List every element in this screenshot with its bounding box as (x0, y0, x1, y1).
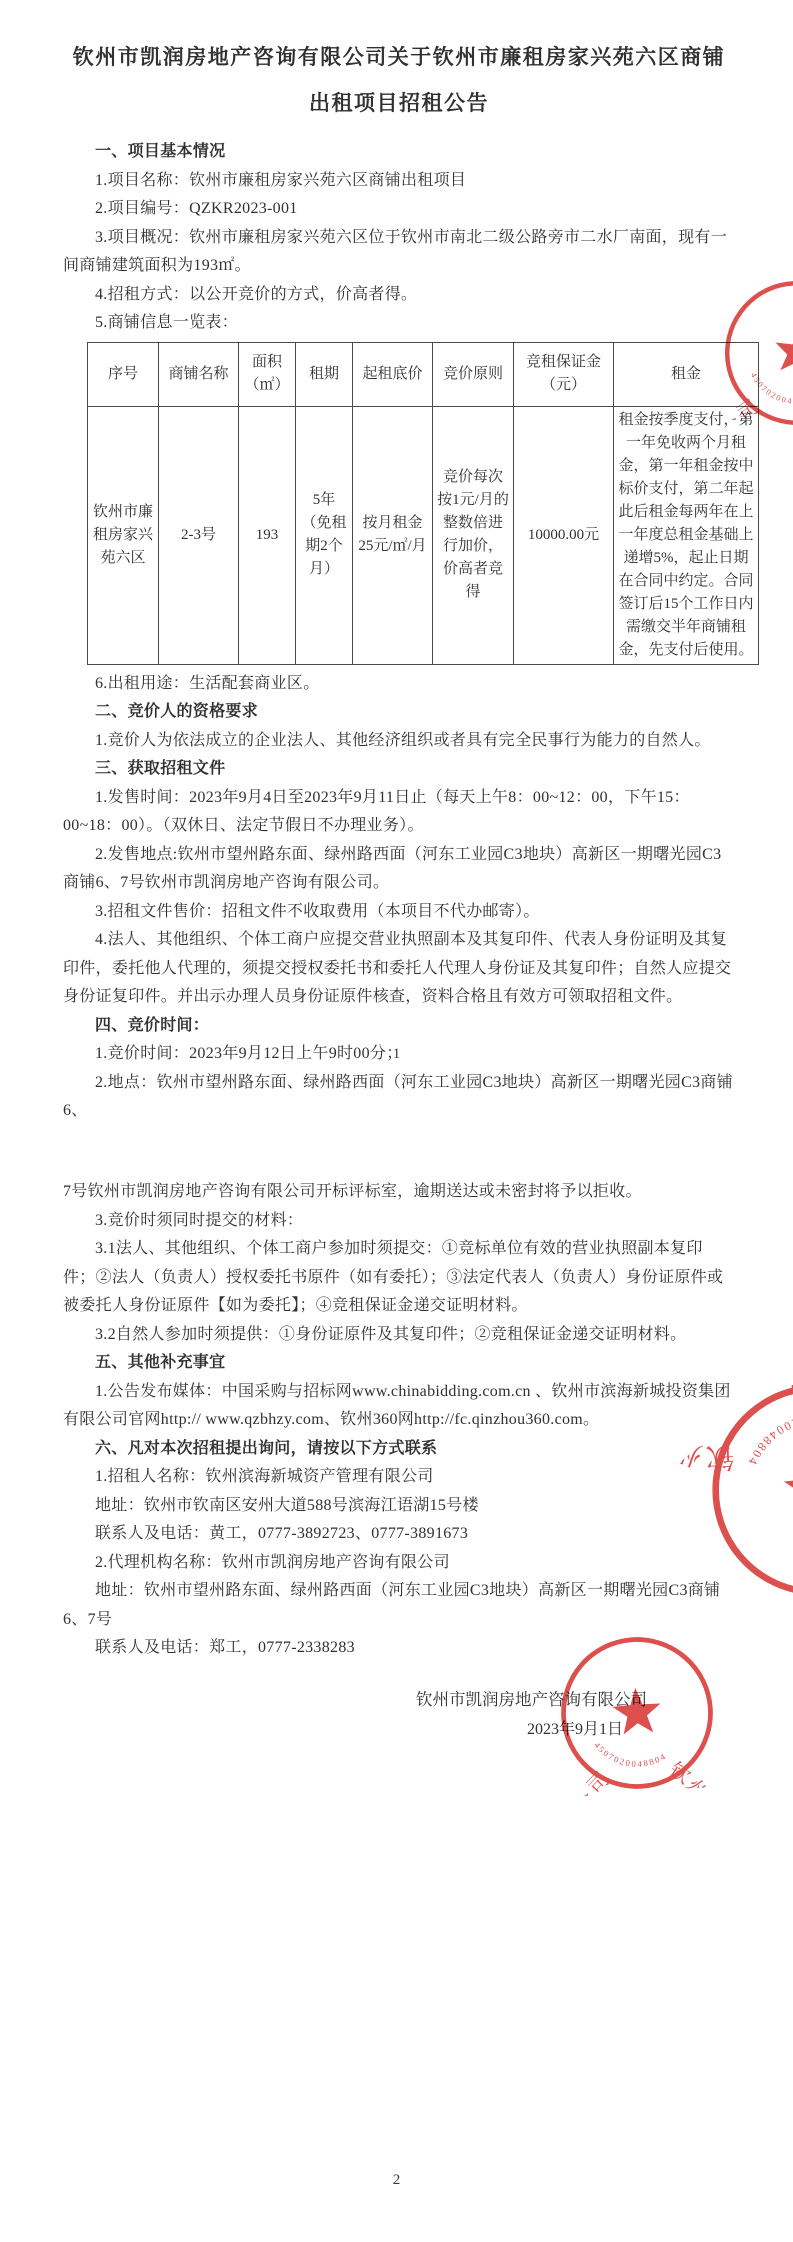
lessor-address: 地址：钦州市钦南区安州大道588号滨海江语湖15号楼 (63, 1492, 735, 1521)
section5-heading: 五、其他补充事宜 (63, 1349, 735, 1378)
page2-number: 2 (0, 2172, 793, 2189)
cell-deposit: 10000.00元 (514, 406, 614, 664)
materials-legal-person: 3.1法人、其他组织、个体工商户参加时须提交：①竞标单位有效的营业执照副本复印件… (63, 1235, 735, 1321)
title-line-2: 出租项目招租公告 (63, 80, 735, 126)
cell-lease-term: 5年（免租期2个月） (296, 406, 353, 664)
sale-location: 2.发售地点:钦州市望州路东面、绿州路西面（河东工业园C3地块）高新区一期曙光园… (63, 841, 735, 898)
lease-usage: 6.出租用途：生活配套商业区。 (63, 670, 735, 699)
col-header-seq: 序号 (88, 342, 159, 406)
col-header-rent: 租金 (614, 342, 759, 406)
document-page: 钦州市凯润房地产咨询有限公司关于钦州市廉租房家兴苑六区商铺 出租项目招租公告 一… (0, 0, 793, 2242)
cell-shop-name: 2-3号 (159, 406, 239, 664)
section3-heading: 三、获取招租文件 (63, 755, 735, 784)
project-overview: 3.项目概况：钦州市廉租房家兴苑六区位于钦州市南北二级公路旁市二水厂南面，现有一… (63, 224, 735, 281)
cell-bid-rule: 竞价每次按1元/月的整数倍进行加价，价高者竞得 (433, 406, 514, 664)
col-header-area: 面积（㎡） (239, 342, 296, 406)
document-price: 3.招租文件售价：招租文件不收取费用（本项目不代办邮寄）。 (63, 898, 735, 927)
section6-heading: 六、凡对本次招租提出询问，请按以下方式联系 (63, 1435, 735, 1464)
seal-ring-text: 钦州市凯润房地产咨询有限公司 (565, 1756, 721, 1798)
section2-heading: 二、竞价人的资格要求 (63, 698, 735, 727)
col-header-base-price: 起租底价 (353, 342, 433, 406)
materials-natural-person: 3.2自然人参加时须提供：①身份证原件及其复印件；②竞租保证金递交证明材料。 (63, 1321, 735, 1350)
table-header-row: 序号 商铺名称 面积（㎡） 租期 起租底价 竞价原则 竞租保证金（元） 租金 (88, 342, 759, 406)
project-name: 1.项目名称：钦州市廉租房家兴苑六区商铺出租项目 (63, 167, 735, 196)
shop-info-table: 序号 商铺名称 面积（㎡） 租期 起租底价 竞价原则 竞租保证金（元） 租金 钦… (87, 342, 759, 665)
title-line-1: 钦州市凯润房地产咨询有限公司关于钦州市廉租房家兴苑六区商铺 (63, 34, 735, 80)
bid-location: 2.地点：钦州市望州路东面、绿州路西面（河东工业园C3地块）高新区一期曙光园C3… (63, 1069, 735, 1126)
cell-rent-terms: 租金按季度支付，第一年免收两个月租金，第一年租金按中标价支付，第二年起此后租金每… (614, 406, 759, 664)
bidder-qualification: 1.竞价人为依法成立的企业法人、其他经济组织或者具有完全民事行为能力的自然人。 (63, 727, 735, 756)
bid-location-continued: 7号钦州市凯润房地产咨询有限公司开标评标室，逾期送达或未密封将予以拒收。 (63, 1178, 735, 1207)
page1-number: 1 (0, 1046, 793, 1063)
materials-heading: 3.竞价时须同时提交的材料： (63, 1207, 735, 1236)
page1-content: 钦州市凯润房地产咨询有限公司关于钦州市廉租房家兴苑六区商铺 出租项目招租公告 一… (0, 34, 793, 1126)
section1-heading: 一、项目基本情况 (63, 138, 735, 167)
col-header-shop-name: 商铺名称 (159, 342, 239, 406)
col-header-bid-rule: 竞价原则 (433, 342, 514, 406)
agency-address: 地址：钦州市望州路东面、绿州路西面（河东工业园C3地块）高新区一期曙光园C3商铺… (63, 1577, 735, 1634)
lease-method: 4.招租方式：以公开竞价的方式，价高者得。 (63, 281, 735, 310)
cell-seq: 钦州市廉租房家兴苑六区 (88, 406, 159, 664)
col-header-lease-term: 租期 (296, 342, 353, 406)
agency-contact: 联系人及电话：郑工，0777-2338283 (63, 1634, 735, 1663)
page2-content: 7号钦州市凯润房地产咨询有限公司开标评标室，逾期送达或未密封将予以拒收。 3.竞… (0, 1178, 793, 1745)
table-row: 钦州市廉租房家兴苑六区 2-3号 193 5年（免租期2个月） 按月租金25元/… (88, 406, 759, 664)
signature-date: 2023年9月1日 (63, 1715, 735, 1745)
signature-company: 钦州市凯润房地产咨询有限公司 (63, 1685, 735, 1715)
signature-block: 钦州市凯润房地产咨询有限公司 2023年9月1日 (63, 1685, 735, 1745)
lessor-name: 1.招租人名称：钦州滨海新城资产管理有限公司 (63, 1463, 735, 1492)
lessor-contact: 联系人及电话：黄工，0777-3892723、0777-3891673 (63, 1520, 735, 1549)
section4-heading: 四、竞价时间： (63, 1012, 735, 1041)
cell-base-price: 按月租金25元/㎡/月 (353, 406, 433, 664)
cell-area: 193 (239, 406, 296, 664)
col-header-deposit: 竞租保证金（元） (514, 342, 614, 406)
announcement-media: 1.公告发布媒体：中国采购与招标网www.chinabidding.com.cn… (63, 1378, 735, 1435)
sale-time: 1.发售时间：2023年9月4日至2023年9月11日止（每天上午8：00~12… (63, 784, 735, 841)
agency-name: 2.代理机构名称：钦州市凯润房地产咨询有限公司 (63, 1549, 735, 1578)
required-documents: 4.法人、其他组织、个体工商户应提交营业执照副本及其复印件、代表人身份证明及其复… (63, 926, 735, 1012)
document-title: 钦州市凯润房地产咨询有限公司关于钦州市廉租房家兴苑六区商铺 出租项目招租公告 (63, 34, 735, 126)
project-number: 2.项目编号：QZKR2023-001 (63, 195, 735, 224)
svg-text:钦州市凯润房地产咨询有限公司: 钦州市凯润房地产咨询有限公司 (565, 1756, 721, 1798)
shop-info-label: 5.商铺信息一览表： (63, 309, 735, 338)
